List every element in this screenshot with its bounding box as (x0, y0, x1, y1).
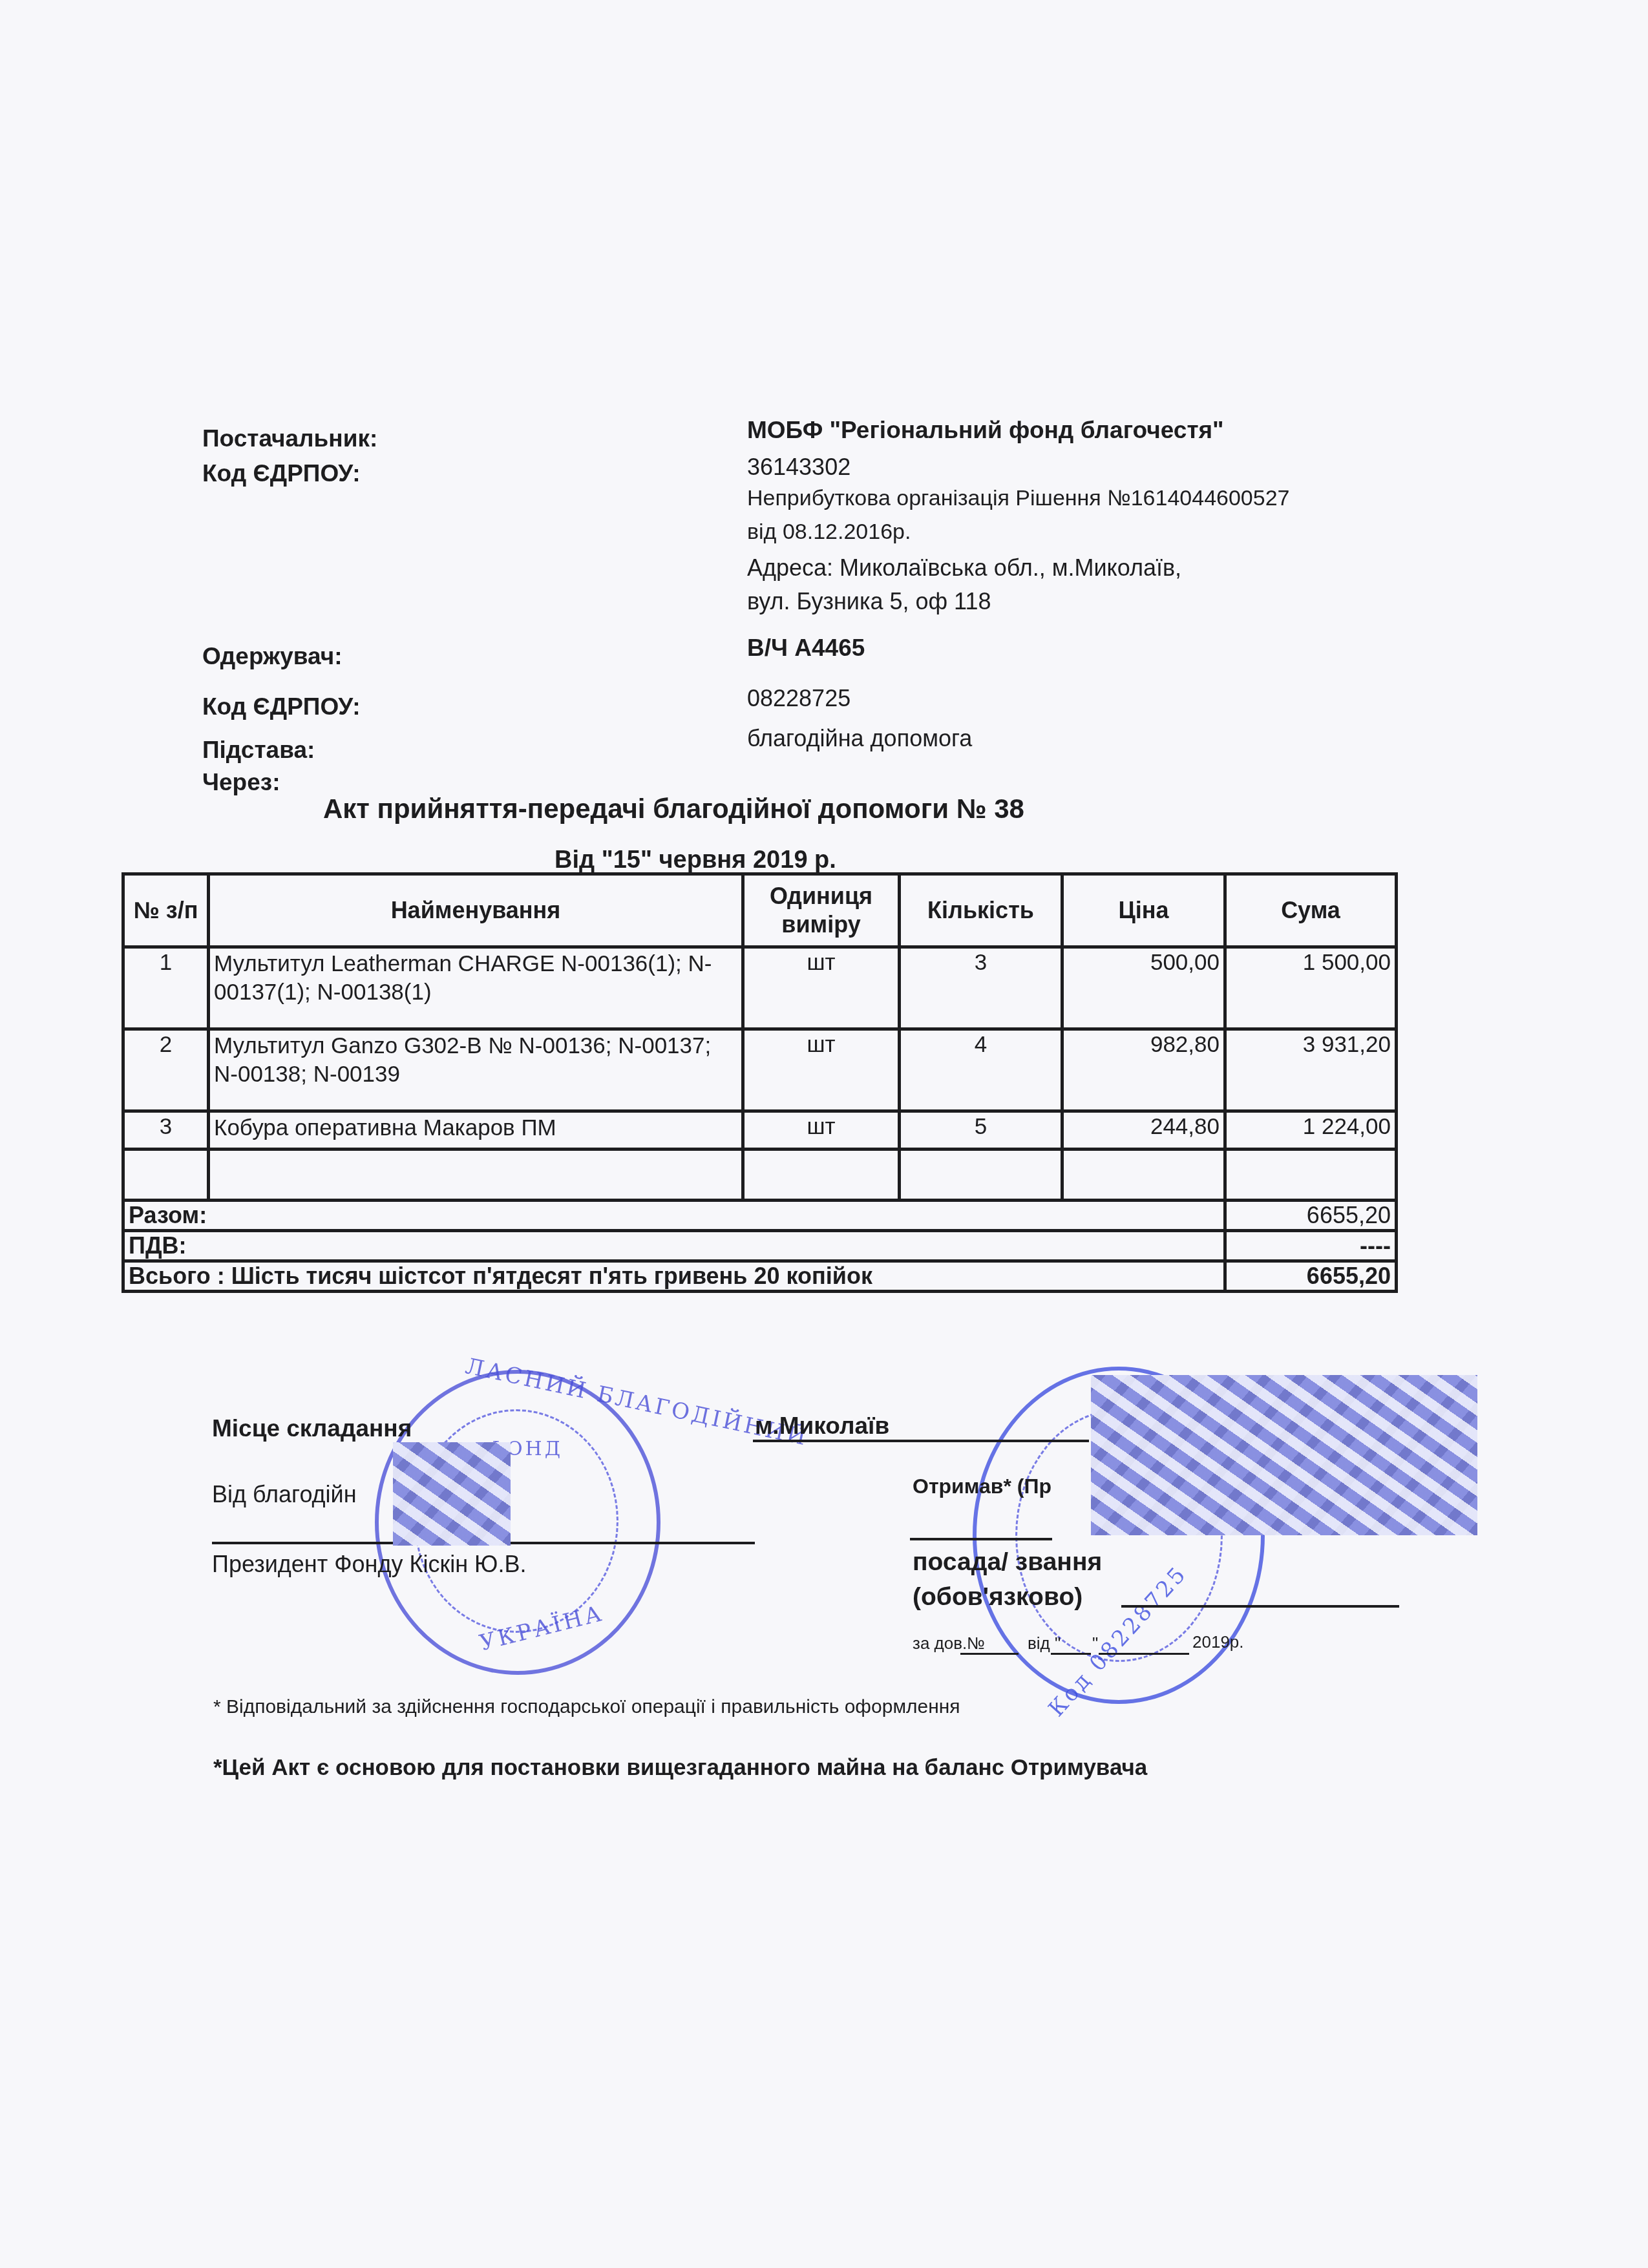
footnote-responsible: * Відповідальний за здійснення господарс… (213, 1696, 960, 1718)
supplier-label: Постачальник: (202, 425, 377, 452)
header-sum: Сума (1225, 874, 1397, 947)
position-line (1121, 1605, 1399, 1608)
supplier-address-line2: вул. Бузника 5, оф 118 (747, 588, 991, 615)
vat-row: ПДВ: ---- (123, 1231, 1397, 1261)
proxy-day-line (1051, 1653, 1091, 1655)
row-no: 1 (123, 947, 209, 1029)
redacted-giver-signature (393, 1442, 511, 1546)
supplier-address-line1: Адреса: Миколаївська обл., м.Миколаїв, (747, 554, 1181, 582)
act-title: Акт прийняття-передачі благодійної допом… (323, 793, 1024, 824)
row-price: 500,00 (1062, 947, 1225, 1029)
items-table: № з/п Найменування Одиниця виміру Кількі… (121, 872, 1398, 1293)
basis-value: благодійна допомога (747, 725, 972, 752)
total-label: Всього : Шість тисяч шістсот п'ятдесят п… (123, 1261, 1225, 1292)
supplier-code-label: Код ЄДРПОУ: (202, 460, 361, 487)
proxy-month-line (1099, 1653, 1189, 1655)
row-sum: 1 224,00 (1225, 1111, 1397, 1150)
row-qty: 3 (900, 947, 1062, 1029)
header-unit: Одиниця виміру (743, 874, 900, 947)
proxy-year: 2019р. (1192, 1632, 1244, 1652)
total-value: 6655,20 (1225, 1261, 1397, 1292)
act-date: Від "15" червня 2019 р. (555, 846, 836, 874)
header-name: Найменування (209, 874, 743, 947)
place-value: м.Миколаїв (755, 1412, 889, 1440)
mandatory-label: (обов'язково) (913, 1583, 1083, 1612)
giver-name: Президент Фонду Кіскін Ю.В. (212, 1551, 526, 1578)
footnote-basis: *Цей Акт є основою для постановки вищезг… (213, 1755, 1147, 1781)
position-label: посада/ звання (913, 1548, 1102, 1577)
header-no: № з/п (123, 874, 209, 947)
proxy-from-label: від " (1028, 1633, 1061, 1654)
table-row: 2 Мультитул Ganzo G302-B № N-00136; N-00… (123, 1029, 1397, 1111)
place-underline (753, 1440, 1089, 1442)
proxy-quote: " (1092, 1633, 1098, 1654)
row-no: 2 (123, 1029, 209, 1111)
redacted-receiver-signature (1091, 1375, 1477, 1535)
receiver-signature-line (910, 1538, 1052, 1540)
recipient-name: В/Ч А4465 (747, 635, 865, 662)
proxy-number-line (960, 1653, 1019, 1655)
row-no: 3 (123, 1111, 209, 1150)
recipient-code-label: Код ЄДРПОУ: (202, 693, 361, 720)
table-row: 1 Мультитул Leatherman CHARGE N-00136(1)… (123, 947, 1397, 1029)
row-unit: шт (743, 947, 900, 1029)
subtotal-row: Разом: 6655,20 (123, 1201, 1397, 1231)
row-price: 244,80 (1062, 1111, 1225, 1150)
table-row: 3 Кобура оперативна Макаров ПМ шт 5 244,… (123, 1111, 1397, 1150)
place-label: Місце складання (212, 1415, 412, 1442)
subtotal-label: Разом: (123, 1201, 1225, 1231)
table-header-row: № з/п Найменування Одиниця виміру Кількі… (123, 874, 1397, 947)
header-price: Ціна (1062, 874, 1225, 947)
row-unit: шт (743, 1111, 900, 1150)
row-name: Кобура оперативна Макаров ПМ (209, 1111, 743, 1150)
supplier-code: 36143302 (747, 454, 850, 481)
vat-value: ---- (1225, 1231, 1397, 1261)
row-sum: 3 931,20 (1225, 1029, 1397, 1111)
row-name: Мультитул Leatherman CHARGE N-00136(1); … (209, 947, 743, 1029)
basis-label: Підстава: (202, 737, 315, 764)
row-price: 982,80 (1062, 1029, 1225, 1111)
recipient-label: Одержувач: (202, 643, 343, 670)
proxy-prefix: за дов.№ (913, 1633, 985, 1654)
header-qty: Кількість (900, 874, 1062, 947)
supplier-registration-date: від 08.12.2016р. (747, 520, 911, 545)
row-sum: 1 500,00 (1225, 947, 1397, 1029)
table-row-empty (123, 1150, 1397, 1201)
recipient-code: 08228725 (747, 685, 850, 712)
row-qty: 5 (900, 1111, 1062, 1150)
total-row: Всього : Шість тисяч шістсот п'ятдесят п… (123, 1261, 1397, 1292)
vat-label: ПДВ: (123, 1231, 1225, 1261)
via-label: Через: (202, 769, 280, 796)
received-label: Отримав* (Пр (913, 1475, 1051, 1498)
row-qty: 4 (900, 1029, 1062, 1111)
supplier-name: МОБФ "Регіональний фонд благочестя" (747, 417, 1224, 444)
subtotal-value: 6655,20 (1225, 1201, 1397, 1231)
row-unit: шт (743, 1029, 900, 1111)
supplier-registration: Неприбуткова організація Рішення №161404… (747, 486, 1290, 511)
from-charity-label: Від благодійн (212, 1481, 357, 1508)
row-name: Мультитул Ganzo G302-B № N-00136; N-0013… (209, 1029, 743, 1111)
